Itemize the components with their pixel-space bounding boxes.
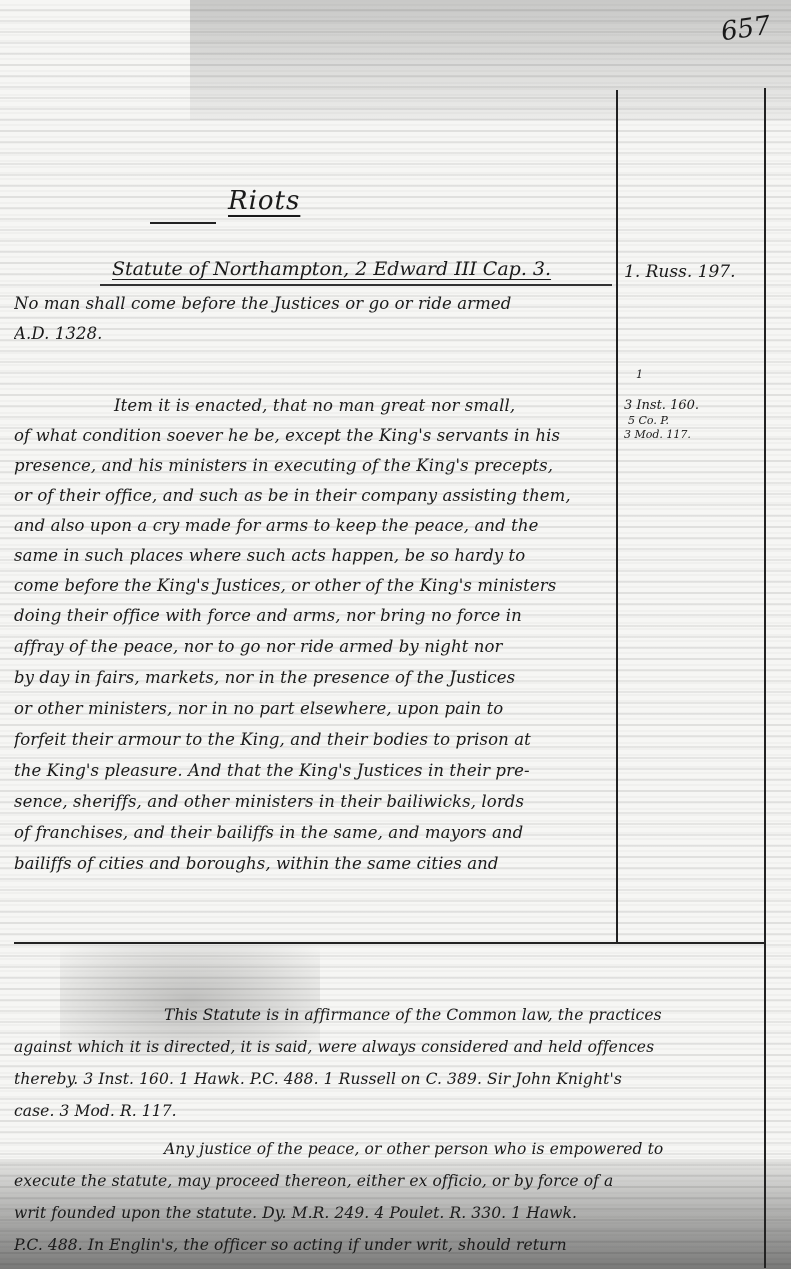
statute-line: or other ministers, nor in no part elsew… [14, 699, 614, 718]
statute-line: bailiffs of cities and boroughs, within … [14, 854, 614, 873]
commentary-line: P.C. 488. In Englin's, the officer so ac… [14, 1236, 774, 1254]
statute-line: same in such places where such acts happ… [14, 546, 614, 565]
margin-citation: 1 [636, 368, 643, 381]
margin-citation: 5 Co. P. [628, 414, 669, 427]
statute-line: doing their office with force and arms, … [14, 606, 614, 625]
statute-line: sence, sheriffs, and other ministers in … [14, 792, 614, 811]
heading-rule [100, 284, 612, 286]
commentary-line: writ founded upon the statute. Dy. M.R. … [14, 1204, 774, 1222]
commentary-line: This Statute is in affirmance of the Com… [14, 1006, 791, 1024]
scan-shading-top [190, 0, 791, 120]
statute-line: come before the King's Justices, or othe… [14, 576, 614, 595]
statute-line: of franchises, and their bailiffs in the… [14, 823, 614, 842]
statute-line: and also upon a cry made for arms to kee… [14, 516, 614, 535]
margin-rule-left [616, 90, 618, 942]
scanned-page: 657 Riots Statute of Northampton, 2 Edwa… [0, 0, 791, 1269]
statute-line: of what condition soever he be, except t… [14, 426, 614, 445]
statute-line: the King's pleasure. And that the King's… [14, 761, 614, 780]
commentary-line: Any justice of the peace, or other perso… [14, 1140, 791, 1158]
statute-line: or of their office, and such as be in th… [14, 486, 614, 505]
summary-line: A.D. 1328. [14, 324, 614, 343]
margin-citation: 3 Mod. 117. [624, 428, 691, 441]
commentary-line: case. 3 Mod. R. 117. [14, 1102, 774, 1120]
statute-line: forfeit their armour to the King, and th… [14, 730, 614, 749]
statute-line: Item it is enacted, that no man great no… [14, 396, 714, 415]
page-title: Riots [228, 186, 300, 216]
commentary-line: against which it is directed, it is said… [14, 1038, 774, 1056]
commentary-line: thereby. 3 Inst. 160. 1 Hawk. P.C. 488. … [14, 1070, 774, 1088]
statute-heading: Statute of Northampton, 2 Edward III Cap… [112, 258, 551, 280]
commentary-line: execute the statute, may proceed thereon… [14, 1172, 774, 1190]
summary-line: No man shall come before the Justices or… [14, 294, 614, 313]
statute-line: affray of the peace, nor to go nor ride … [14, 637, 614, 656]
title-flourish [150, 222, 216, 224]
section-divider [14, 942, 766, 944]
margin-citation: 1. Russ. 197. [624, 262, 735, 282]
margin-citation: 3 Inst. 160. [624, 398, 699, 413]
margin-rule-right [764, 88, 766, 1268]
statute-line: by day in fairs, markets, nor in the pre… [14, 668, 614, 687]
statute-line: presence, and his ministers in executing… [14, 456, 614, 475]
